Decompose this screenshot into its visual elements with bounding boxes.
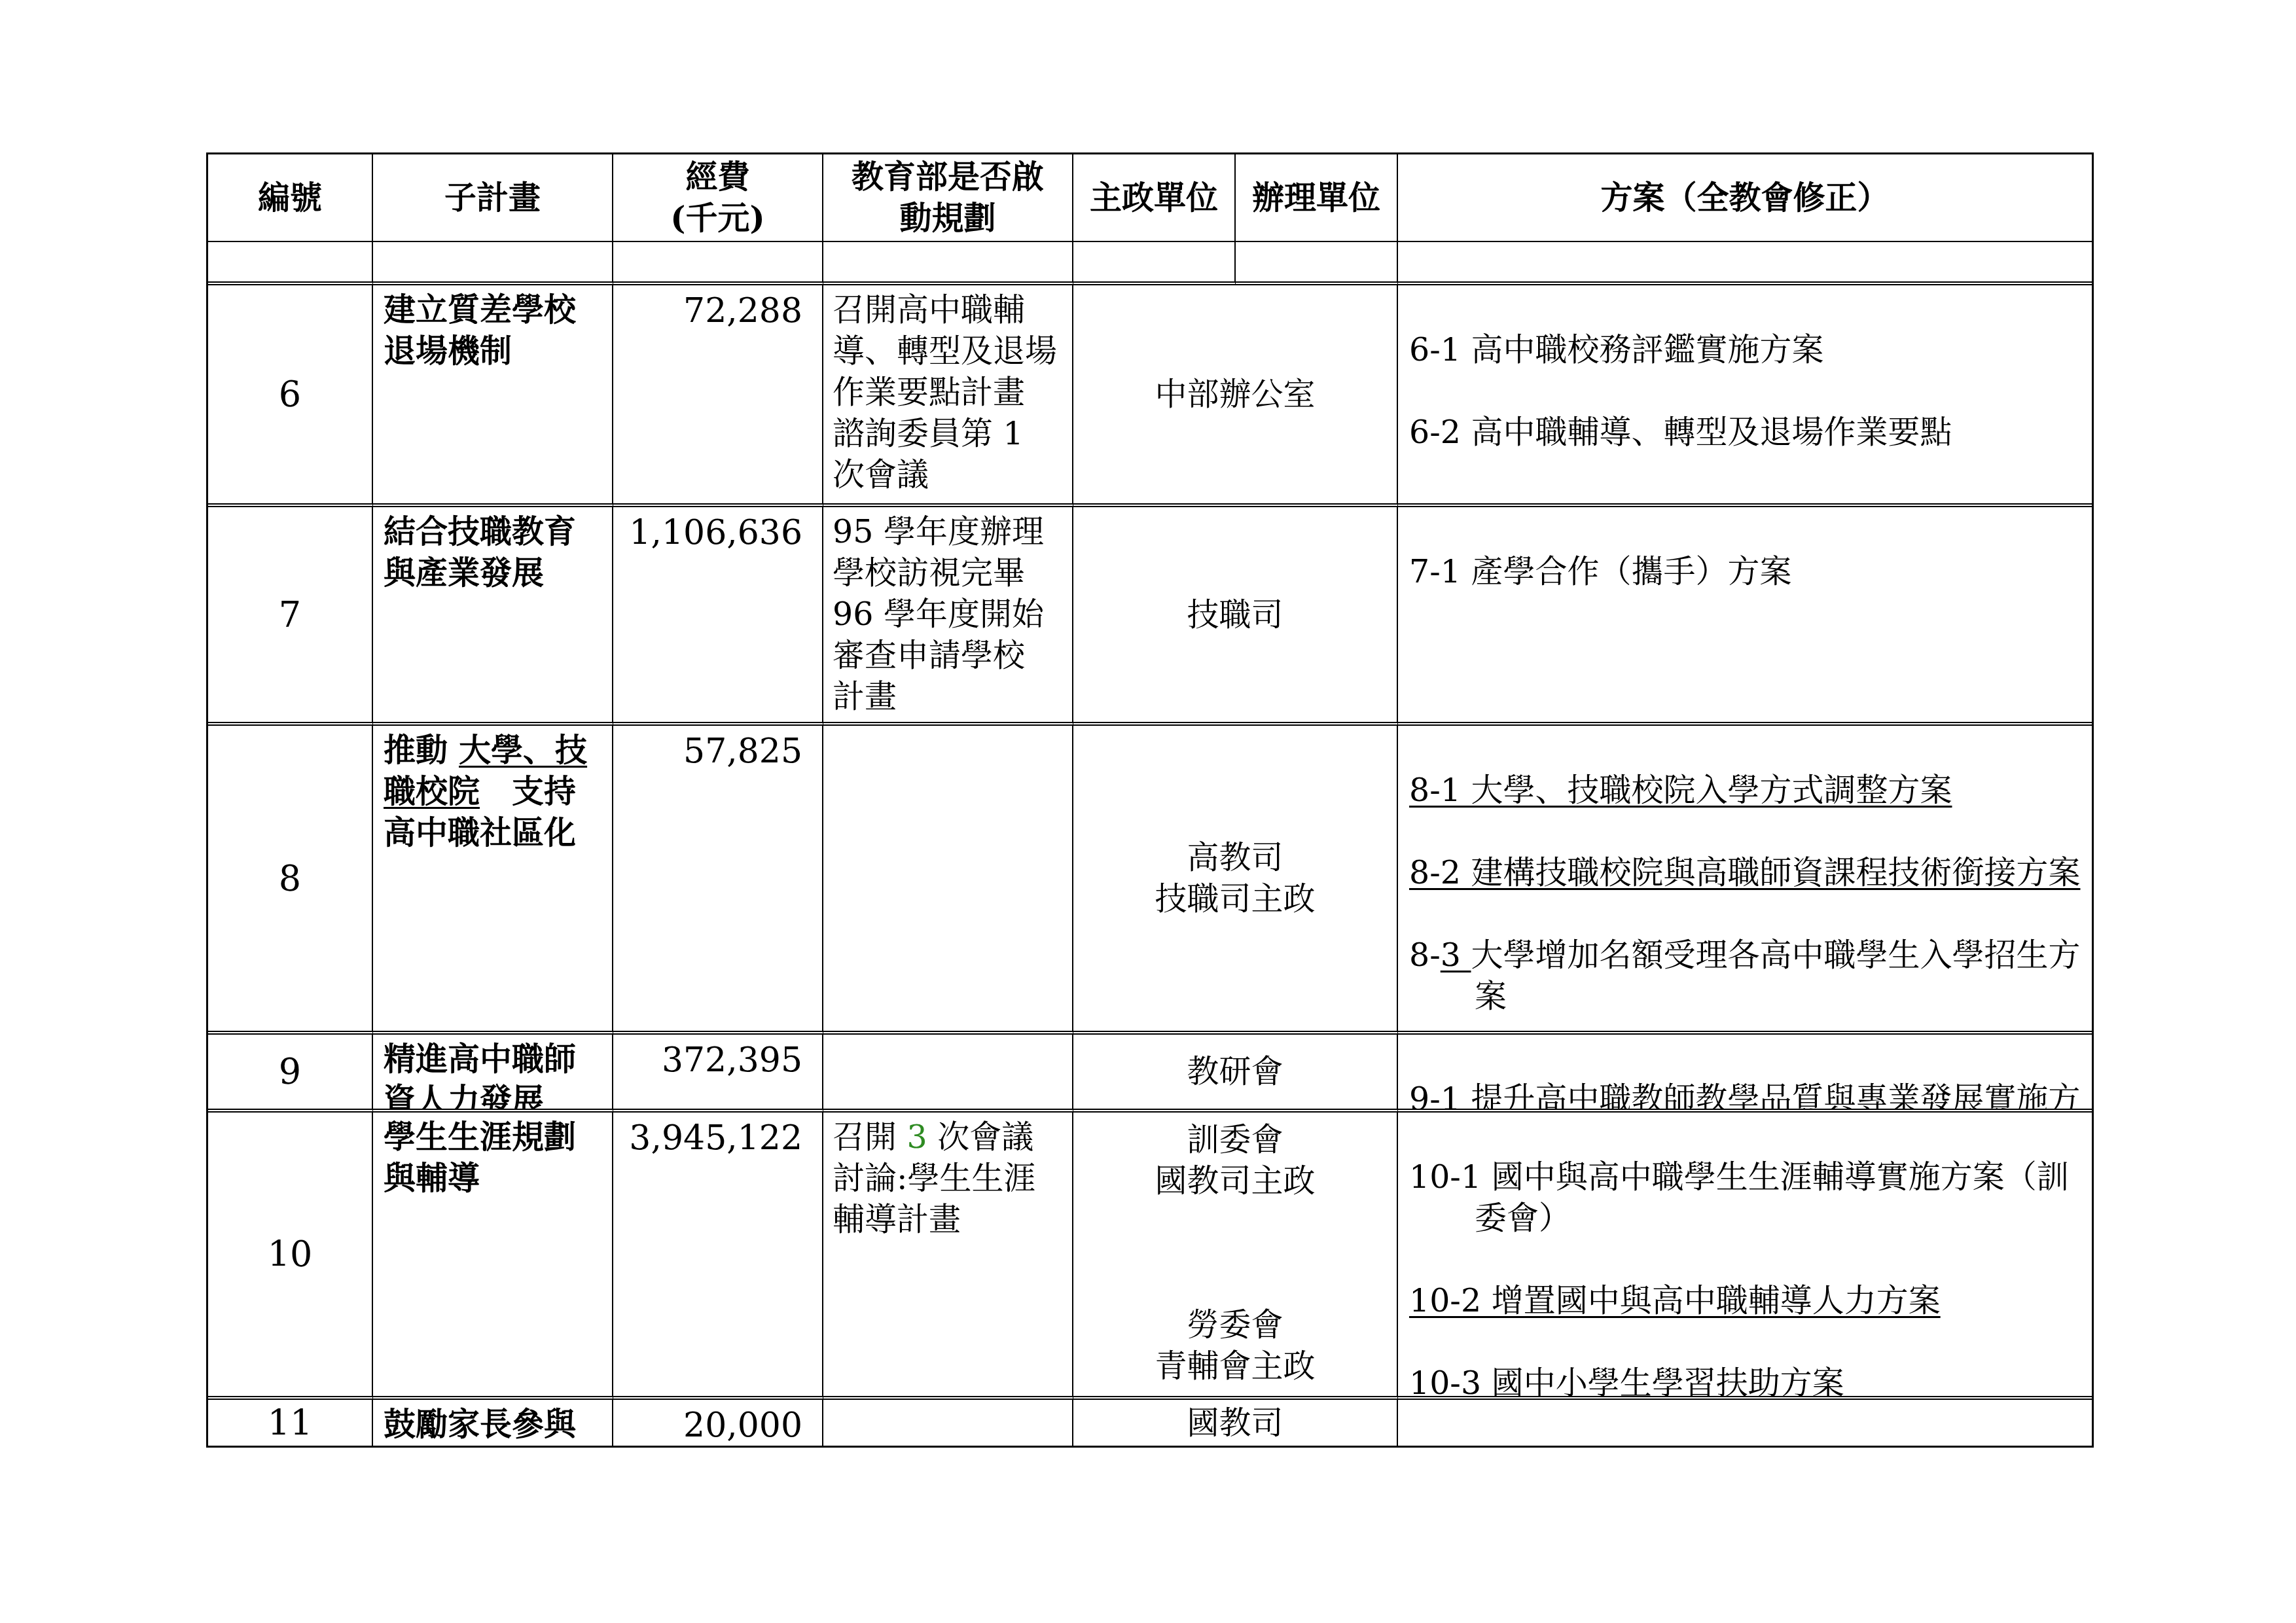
row-11-unit: 國教司: [1073, 1400, 1398, 1446]
unit-label: 中部辦公室: [1155, 374, 1315, 415]
row-6-unit: 中部辦公室: [1073, 285, 1398, 507]
unit-label-top: 訓委會 國教司主政: [1155, 1119, 1315, 1202]
plan-item: 8-2 建構技職校院與高職師資課程技術銜接方案: [1409, 852, 2085, 893]
plan-item: 9-1 提升高中職教師教學品質與專業發展實施方 案: [1409, 1079, 2085, 1113]
row-10-unit: 訓委會 國教司主政 勞委會 青輔會主政: [1073, 1113, 1398, 1400]
empty-cell: [823, 242, 1073, 285]
row-11-plans: 11-1 家長就近參與各級學校教育實施方案: [1398, 1400, 2092, 1446]
row-8-plans: 8-1 大學、技職校院入學方式調整方案 8-2 建構技職校院與高職師資課程技術銜…: [1398, 726, 2092, 1035]
row-9-moe: [823, 1035, 1073, 1113]
header-handle-unit: 辦理單位: [1236, 154, 1398, 242]
empty-cell: [208, 242, 373, 285]
row-11-moe: [823, 1400, 1073, 1446]
row-9-unit: 教研會: [1073, 1035, 1398, 1113]
empty-cell: [613, 242, 823, 285]
header-budget: 經費 (千元): [613, 154, 823, 242]
header-lead-unit: 主政單位: [1073, 154, 1236, 242]
row-11-id: 11: [208, 1400, 373, 1446]
row-10-moe: 召開 3 次會議 討論:學生生涯 輔導計畫: [823, 1113, 1073, 1400]
header-moe: 教育部是否啟 動規劃: [823, 154, 1073, 242]
row-10-plans: 10-1 國中與高中職學生生涯輔導實施方案（訓 委會） 10-2 增置國中與高中…: [1398, 1113, 2092, 1400]
row-6-moe: 召開高中職輔 導、轉型及退場 作業要點計畫 諮詢委員第 1 次會議: [823, 285, 1073, 507]
row-6-budget: 72,288: [613, 285, 823, 507]
row-10-budget: 3,945,122: [613, 1113, 823, 1400]
row-7-subplan: 結合技職教育 與產業發展: [373, 507, 613, 726]
empty-cell: [373, 242, 613, 285]
row-11-subplan: 鼓勵家長參與: [373, 1400, 613, 1446]
row-10-subplan: 學生生涯規劃 與輔導: [373, 1113, 613, 1400]
header-subplan: 子計畫: [373, 154, 613, 242]
unit-label: 國教司: [1187, 1402, 1283, 1444]
row-10-id: 10: [208, 1113, 373, 1400]
empty-cell: [1398, 242, 2092, 285]
row-6-id: 6: [208, 285, 373, 507]
header-plan: 方案（全教會修正）: [1398, 154, 2092, 242]
plan-item: 11-1 家長就近參與各級學校教育實施方案: [1409, 1444, 2085, 1446]
row-7-unit: 技職司: [1073, 507, 1398, 726]
plan-item: 6-2 高中職輔導、轉型及退場作業要點: [1409, 412, 2085, 453]
plan-item: 8-1 大學、技職校院入學方式調整方案: [1409, 770, 2085, 811]
unit-label: 高教司 技職司主政: [1155, 837, 1315, 919]
row-9-budget: 372,395: [613, 1035, 823, 1113]
row-11-budget: 20,000: [613, 1400, 823, 1446]
unit-label: 技職司: [1187, 594, 1283, 635]
document-page: 編號 子計畫 經費 (千元) 教育部是否啟 動規劃 主政單位 辦理單位 方案（全…: [0, 0, 2296, 1623]
row-9-subplan: 精進高中職師 資人力發展: [373, 1035, 613, 1113]
row-7-budget: 1,106,636: [613, 507, 823, 726]
header-id: 編號: [208, 154, 373, 242]
empty-cell: [1073, 242, 1236, 285]
plan-item: 7-1 產學合作（攜手）方案: [1409, 551, 2085, 592]
plan-item: 8-3 大學增加名額受理各高中職學生入學招生方 案: [1409, 935, 2085, 1017]
row-6-plans: 6-1 高中職校務評鑑實施方案 6-2 高中職輔導、轉型及退場作業要點: [1398, 285, 2092, 507]
row-7-id: 7: [208, 507, 373, 726]
row-7-plans: 7-1 產學合作（攜手）方案: [1398, 507, 2092, 726]
row-8-unit: 高教司 技職司主政: [1073, 726, 1398, 1035]
plan-item: 6-1 高中職校務評鑑實施方案: [1409, 329, 2085, 370]
row-6-subplan: 建立質差學校 退場機制: [373, 285, 613, 507]
row-8-moe: [823, 726, 1073, 1035]
row-7-moe: 95 學年度辦理 學校訪視完畢 96 學年度開始 審查申請學校 計畫: [823, 507, 1073, 726]
plan-table: 編號 子計畫 經費 (千元) 教育部是否啟 動規劃 主政單位 辦理單位 方案（全…: [206, 152, 2094, 1448]
row-8-budget: 57,825: [613, 726, 823, 1035]
plan-item: 10-1 國中與高中職學生生涯輔導實施方案（訓 委會）: [1409, 1156, 2085, 1239]
plan-item: 10-3 國中小學生學習扶助方案: [1409, 1363, 2085, 1400]
empty-cell: [1236, 242, 1398, 285]
row-8-id: 8: [208, 726, 373, 1035]
unit-label: 教研會: [1187, 1051, 1283, 1092]
row-9-id: 9: [208, 1035, 373, 1113]
row-9-plans: 9-1 提升高中職教師教學品質與專業發展實施方 案: [1398, 1035, 2092, 1113]
row-8-subplan: 推動 大學、技 職校院 支持 高中職社區化: [373, 726, 613, 1035]
unit-label-bottom: 勞委會 青輔會主政: [1155, 1304, 1315, 1387]
plan-item: 10-2 增置國中與高中職輔導人力方案: [1409, 1280, 2085, 1321]
